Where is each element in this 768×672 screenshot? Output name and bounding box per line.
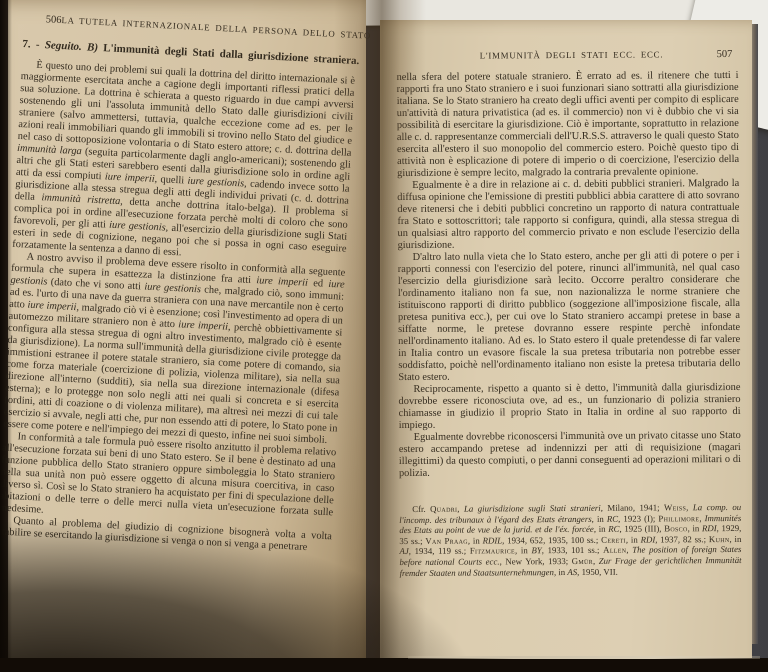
- right-page-body: nella sfera del potere statuale stranier…: [397, 70, 741, 480]
- right-page-number: 507: [717, 49, 733, 60]
- left-page-content: 506 LA TUTELA INTERNAZIONALE DELLA PERSO…: [0, 13, 358, 555]
- page-edge-highlight: [408, 656, 760, 659]
- left-page: 506 LA TUTELA INTERNAZIONALE DELLA PERSO…: [8, 0, 366, 660]
- left-running-title: LA TUTELA INTERNAZIONALE DELLA PERSONA D…: [61, 15, 371, 41]
- paragraph: A nostro avviso il problema deve essere …: [3, 251, 346, 448]
- right-page-content: L'IMMUNITÀ DEGLI STATI ECC. ECC. 507 nel…: [396, 49, 741, 578]
- right-running-title: L'IMMUNITÀ DEGLI STATI ECC. ECC.: [426, 49, 716, 61]
- paragraph: È questo uno dei problemi sui quali la d…: [12, 59, 355, 268]
- left-running-header: 506 LA TUTELA INTERNAZIONALE DELLA PERSO…: [23, 13, 357, 41]
- paragraph: nella sfera del potere statuale stranier…: [397, 70, 740, 180]
- book-spread-photo: 506 LA TUTELA INTERNAZIONALE DELLA PERSO…: [0, 0, 768, 672]
- paragraph: D'altro lato nulla vieta che lo Stato es…: [398, 250, 741, 384]
- left-page-number: 506: [45, 14, 61, 26]
- book-bottom-edge: [0, 658, 768, 672]
- right-running-header: L'IMMUNITÀ DEGLI STATI ECC. ECC. 507: [396, 49, 738, 62]
- footnote-block: Cfr. Quadri, La giurisdizione sugli Stat…: [399, 502, 741, 578]
- left-page-body: È questo uno dei problemi sui quali la d…: [0, 59, 355, 555]
- footnote-text: Cfr. Quadri, La giurisdizione sugli Stat…: [399, 502, 741, 578]
- right-page: L'IMMUNITÀ DEGLI STATI ECC. ECC. 507 nel…: [380, 20, 752, 662]
- paragraph: Egualmente è a dire in relazione ai c. d…: [397, 178, 739, 252]
- paragraph: Egualmente dovrebbe riconoscersi l'immun…: [399, 430, 741, 480]
- paragraph: Reciprocamente, rispetto a quanto si è d…: [398, 382, 740, 432]
